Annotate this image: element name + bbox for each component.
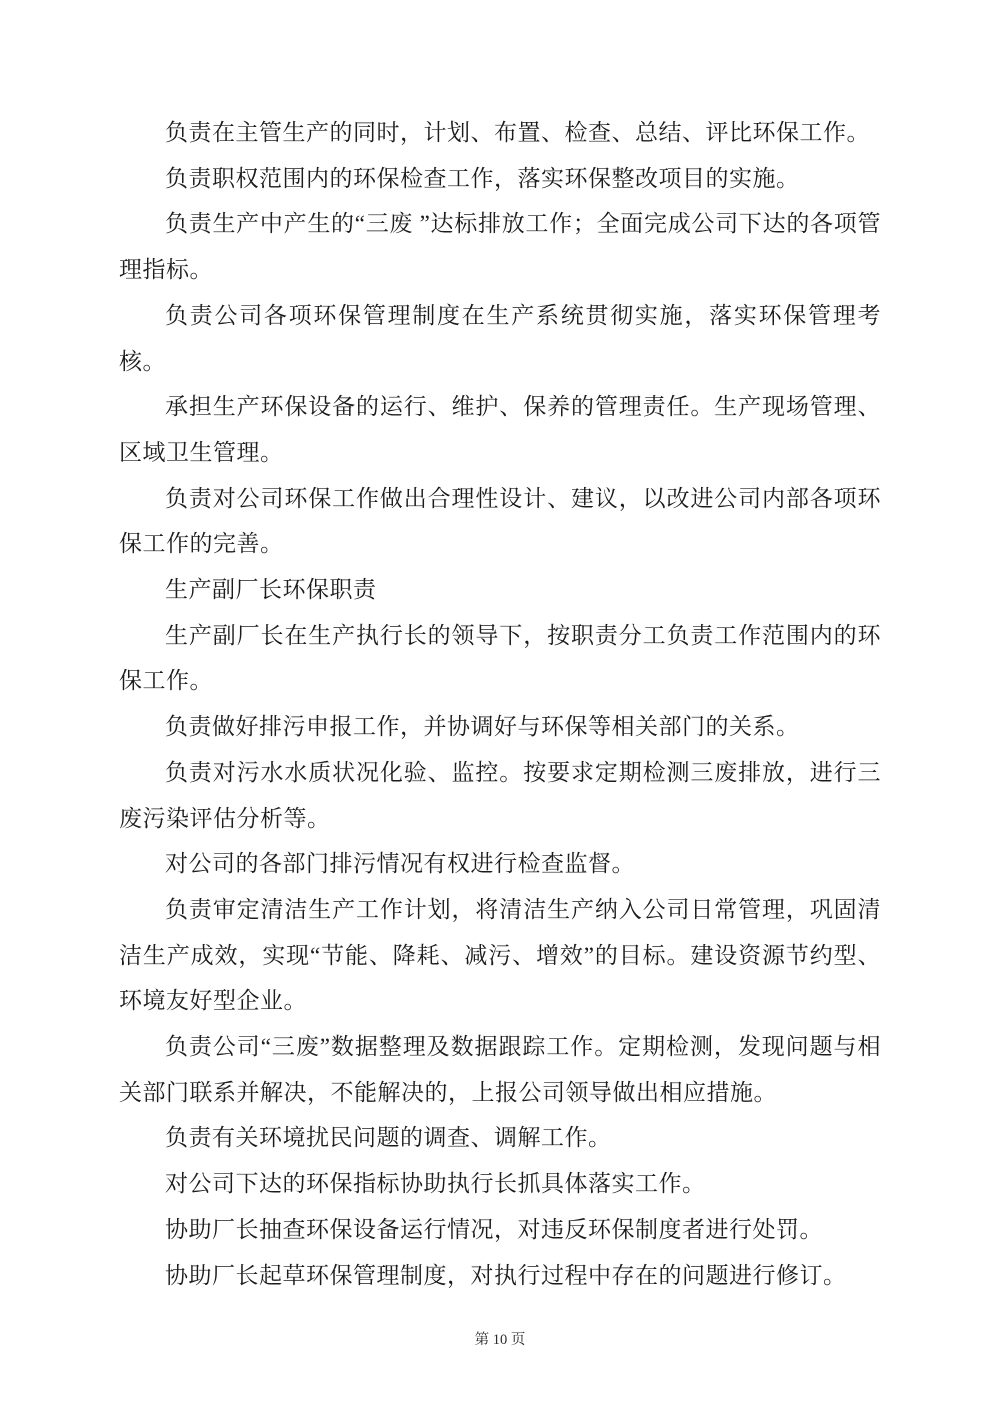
paragraph: 负责对公司环保工作做出合理性设计、建议，以改进公司内部各项环保工作的完善。 bbox=[119, 476, 881, 567]
paragraph: 协助厂长抽查环保设备运行情况，对违反环保制度者进行处罚。 bbox=[119, 1207, 881, 1253]
document-body: 负责在主管生产的同时，计划、布置、检查、总结、评比环保工作。 负责职权范围内的环… bbox=[119, 110, 881, 1298]
paragraph: 负责做好排污申报工作，并协调好与环保等相关部门的关系。 bbox=[119, 704, 881, 750]
paragraph: 负责有关环境扰民问题的调查、调解工作。 bbox=[119, 1115, 881, 1161]
paragraph: 对公司下达的环保指标协助执行长抓具体落实工作。 bbox=[119, 1161, 881, 1207]
paragraph: 对公司的各部门排污情况有权进行检查监督。 bbox=[119, 841, 881, 887]
paragraph: 负责对污水水质状况化验、监控。按要求定期检测三废排放，进行三废污染评估分析等。 bbox=[119, 750, 881, 841]
page-number: 第 10 页 bbox=[475, 1332, 526, 1348]
paragraph: 协助厂长起草环保管理制度，对执行过程中存在的问题进行修订。 bbox=[119, 1253, 881, 1299]
paragraph: 负责职权范围内的环保检查工作，落实环保整改项目的实施。 bbox=[119, 156, 881, 202]
paragraph: 负责公司“三废”数据整理及数据跟踪工作。定期检测，发现问题与相关部门联系并解决，… bbox=[119, 1024, 881, 1115]
paragraph: 负责生产中产生的“三废 ”达标排放工作；全面完成公司下达的各项管理指标。 bbox=[119, 201, 881, 292]
document-page: 负责在主管生产的同时，计划、布置、检查、总结、评比环保工作。 负责职权范围内的环… bbox=[0, 0, 1000, 1415]
paragraph: 负责审定清洁生产工作计划，将清洁生产纳入公司日常管理，巩固清洁生产成效，实现“节… bbox=[119, 887, 881, 1024]
paragraph: 生产副厂长在生产执行长的领导下，按职责分工负责工作范围内的环保工作。 bbox=[119, 613, 881, 704]
paragraph: 负责公司各项环保管理制度在生产系统贯彻实施，落实环保管理考核。 bbox=[119, 293, 881, 384]
section-heading-paragraph: 生产副厂长环保职责 bbox=[119, 567, 881, 613]
paragraph: 承担生产环保设备的运行、维护、保养的管理责任。生产现场管理、区域卫生管理。 bbox=[119, 384, 881, 475]
page-footer: 第 10 页 bbox=[0, 1330, 1000, 1350]
paragraph: 负责在主管生产的同时，计划、布置、检查、总结、评比环保工作。 bbox=[119, 110, 881, 156]
